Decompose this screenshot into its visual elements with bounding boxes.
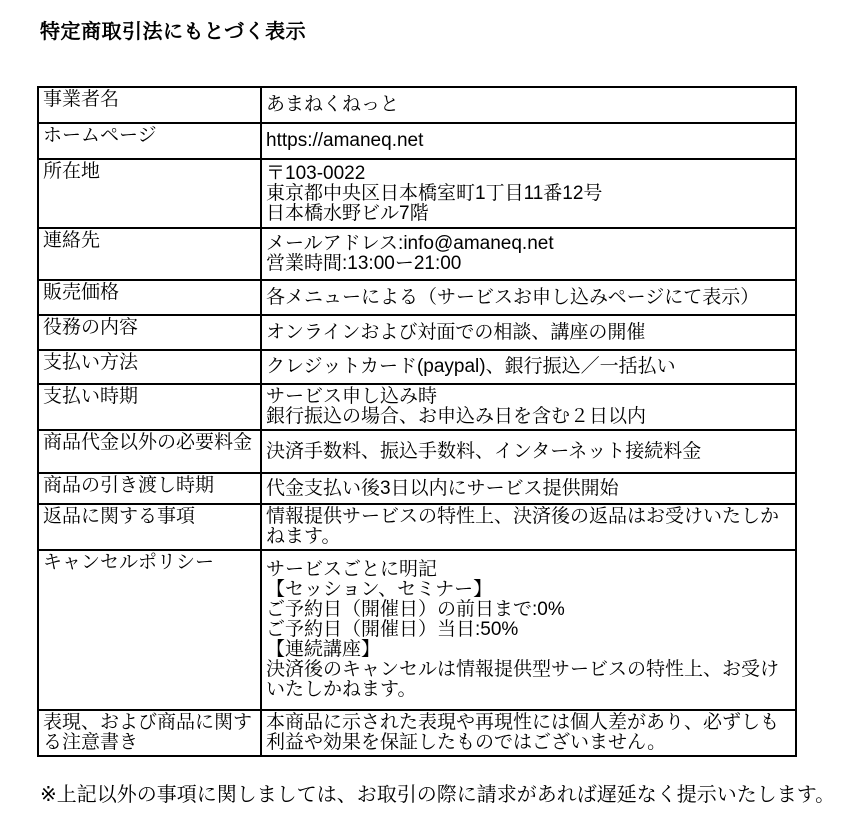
table-row: 支払い時期 サービス申し込み時 銀行振込の場合、お申込み日を含む２日以内 [38, 384, 796, 430]
row-value: メールアドレス:info@amaneq.net 営業時間:13:00ー21:00 [261, 228, 796, 280]
page: 特定商取引法にもとづく表示 事業者名 あまねくねっと ホームページ https:… [0, 0, 854, 807]
table-row: 事業者名 あまねくねっと [38, 87, 796, 123]
footnote: ※上記以外の事項に関しましては、お取引の際に請求があれば遅延なく提示いたします。 [40, 783, 844, 807]
row-value: 各メニューによる（サービスお申し込みページにて表示） [261, 280, 796, 315]
row-label: 所在地 [38, 159, 261, 228]
row-value: サービス申し込み時 銀行振込の場合、お申込み日を含む２日以内 [261, 384, 796, 430]
table-row: 連絡先 メールアドレス:info@amaneq.net 営業時間:13:00ー2… [38, 228, 796, 280]
row-label: 販売価格 [38, 280, 261, 315]
row-label: 事業者名 [38, 87, 261, 123]
row-label: 商品代金以外の必要料金 [38, 430, 261, 473]
page-title: 特定商取引法にもとづく表示 [40, 20, 844, 44]
table-row: 所在地 〒103-0022 東京都中央区日本橋室町1丁目11番12号 日本橋水野… [38, 159, 796, 228]
spec-table: 事業者名 あまねくねっと ホームページ https://amaneq.net 所… [37, 86, 797, 757]
row-label: 返品に関する事項 [38, 504, 261, 550]
table-row: 支払い方法 クレジットカード(paypal)、銀行振込／一括払い [38, 350, 796, 384]
row-value: クレジットカード(paypal)、銀行振込／一括払い [261, 350, 796, 384]
row-label: 役務の内容 [38, 315, 261, 350]
row-value: 決済手数料、振込手数料、インターネット接続料金 [261, 430, 796, 473]
row-label: 支払い方法 [38, 350, 261, 384]
row-value: オンラインおよび対面での相談、講座の開催 [261, 315, 796, 350]
row-value: 代金支払い後3日以内にサービス提供開始 [261, 473, 796, 504]
row-label: キャンセルポリシー [38, 550, 261, 710]
row-value: サービスごとに明記 【セッション、セミナー】 ご予約日（開催日）の前日まで:0%… [261, 550, 796, 710]
table-row: 商品代金以外の必要料金 決済手数料、振込手数料、インターネット接続料金 [38, 430, 796, 473]
row-label: 連絡先 [38, 228, 261, 280]
row-label: 支払い時期 [38, 384, 261, 430]
row-value: 本商品に示された表現や再現性には個人差があり、必ずしも利益や効果を保証したもので… [261, 710, 796, 756]
row-label: ホームページ [38, 123, 261, 159]
table-row: 役務の内容 オンラインおよび対面での相談、講座の開催 [38, 315, 796, 350]
table-row: 販売価格 各メニューによる（サービスお申し込みページにて表示） [38, 280, 796, 315]
table-row: キャンセルポリシー サービスごとに明記 【セッション、セミナー】 ご予約日（開催… [38, 550, 796, 710]
table-row: ホームページ https://amaneq.net [38, 123, 796, 159]
table-row: 表現、および商品に関する注意書き 本商品に示された表現や再現性には個人差があり、… [38, 710, 796, 756]
row-value: 情報提供サービスの特性上、決済後の返品はお受けいたしかねます。 [261, 504, 796, 550]
row-label: 表現、および商品に関する注意書き [38, 710, 261, 756]
row-value: 〒103-0022 東京都中央区日本橋室町1丁目11番12号 日本橋水野ビル7階 [261, 159, 796, 228]
row-label: 商品の引き渡し時期 [38, 473, 261, 504]
row-value: あまねくねっと [261, 87, 796, 123]
table-row: 返品に関する事項 情報提供サービスの特性上、決済後の返品はお受けいたしかねます。 [38, 504, 796, 550]
row-value: https://amaneq.net [261, 123, 796, 159]
table-row: 商品の引き渡し時期 代金支払い後3日以内にサービス提供開始 [38, 473, 796, 504]
